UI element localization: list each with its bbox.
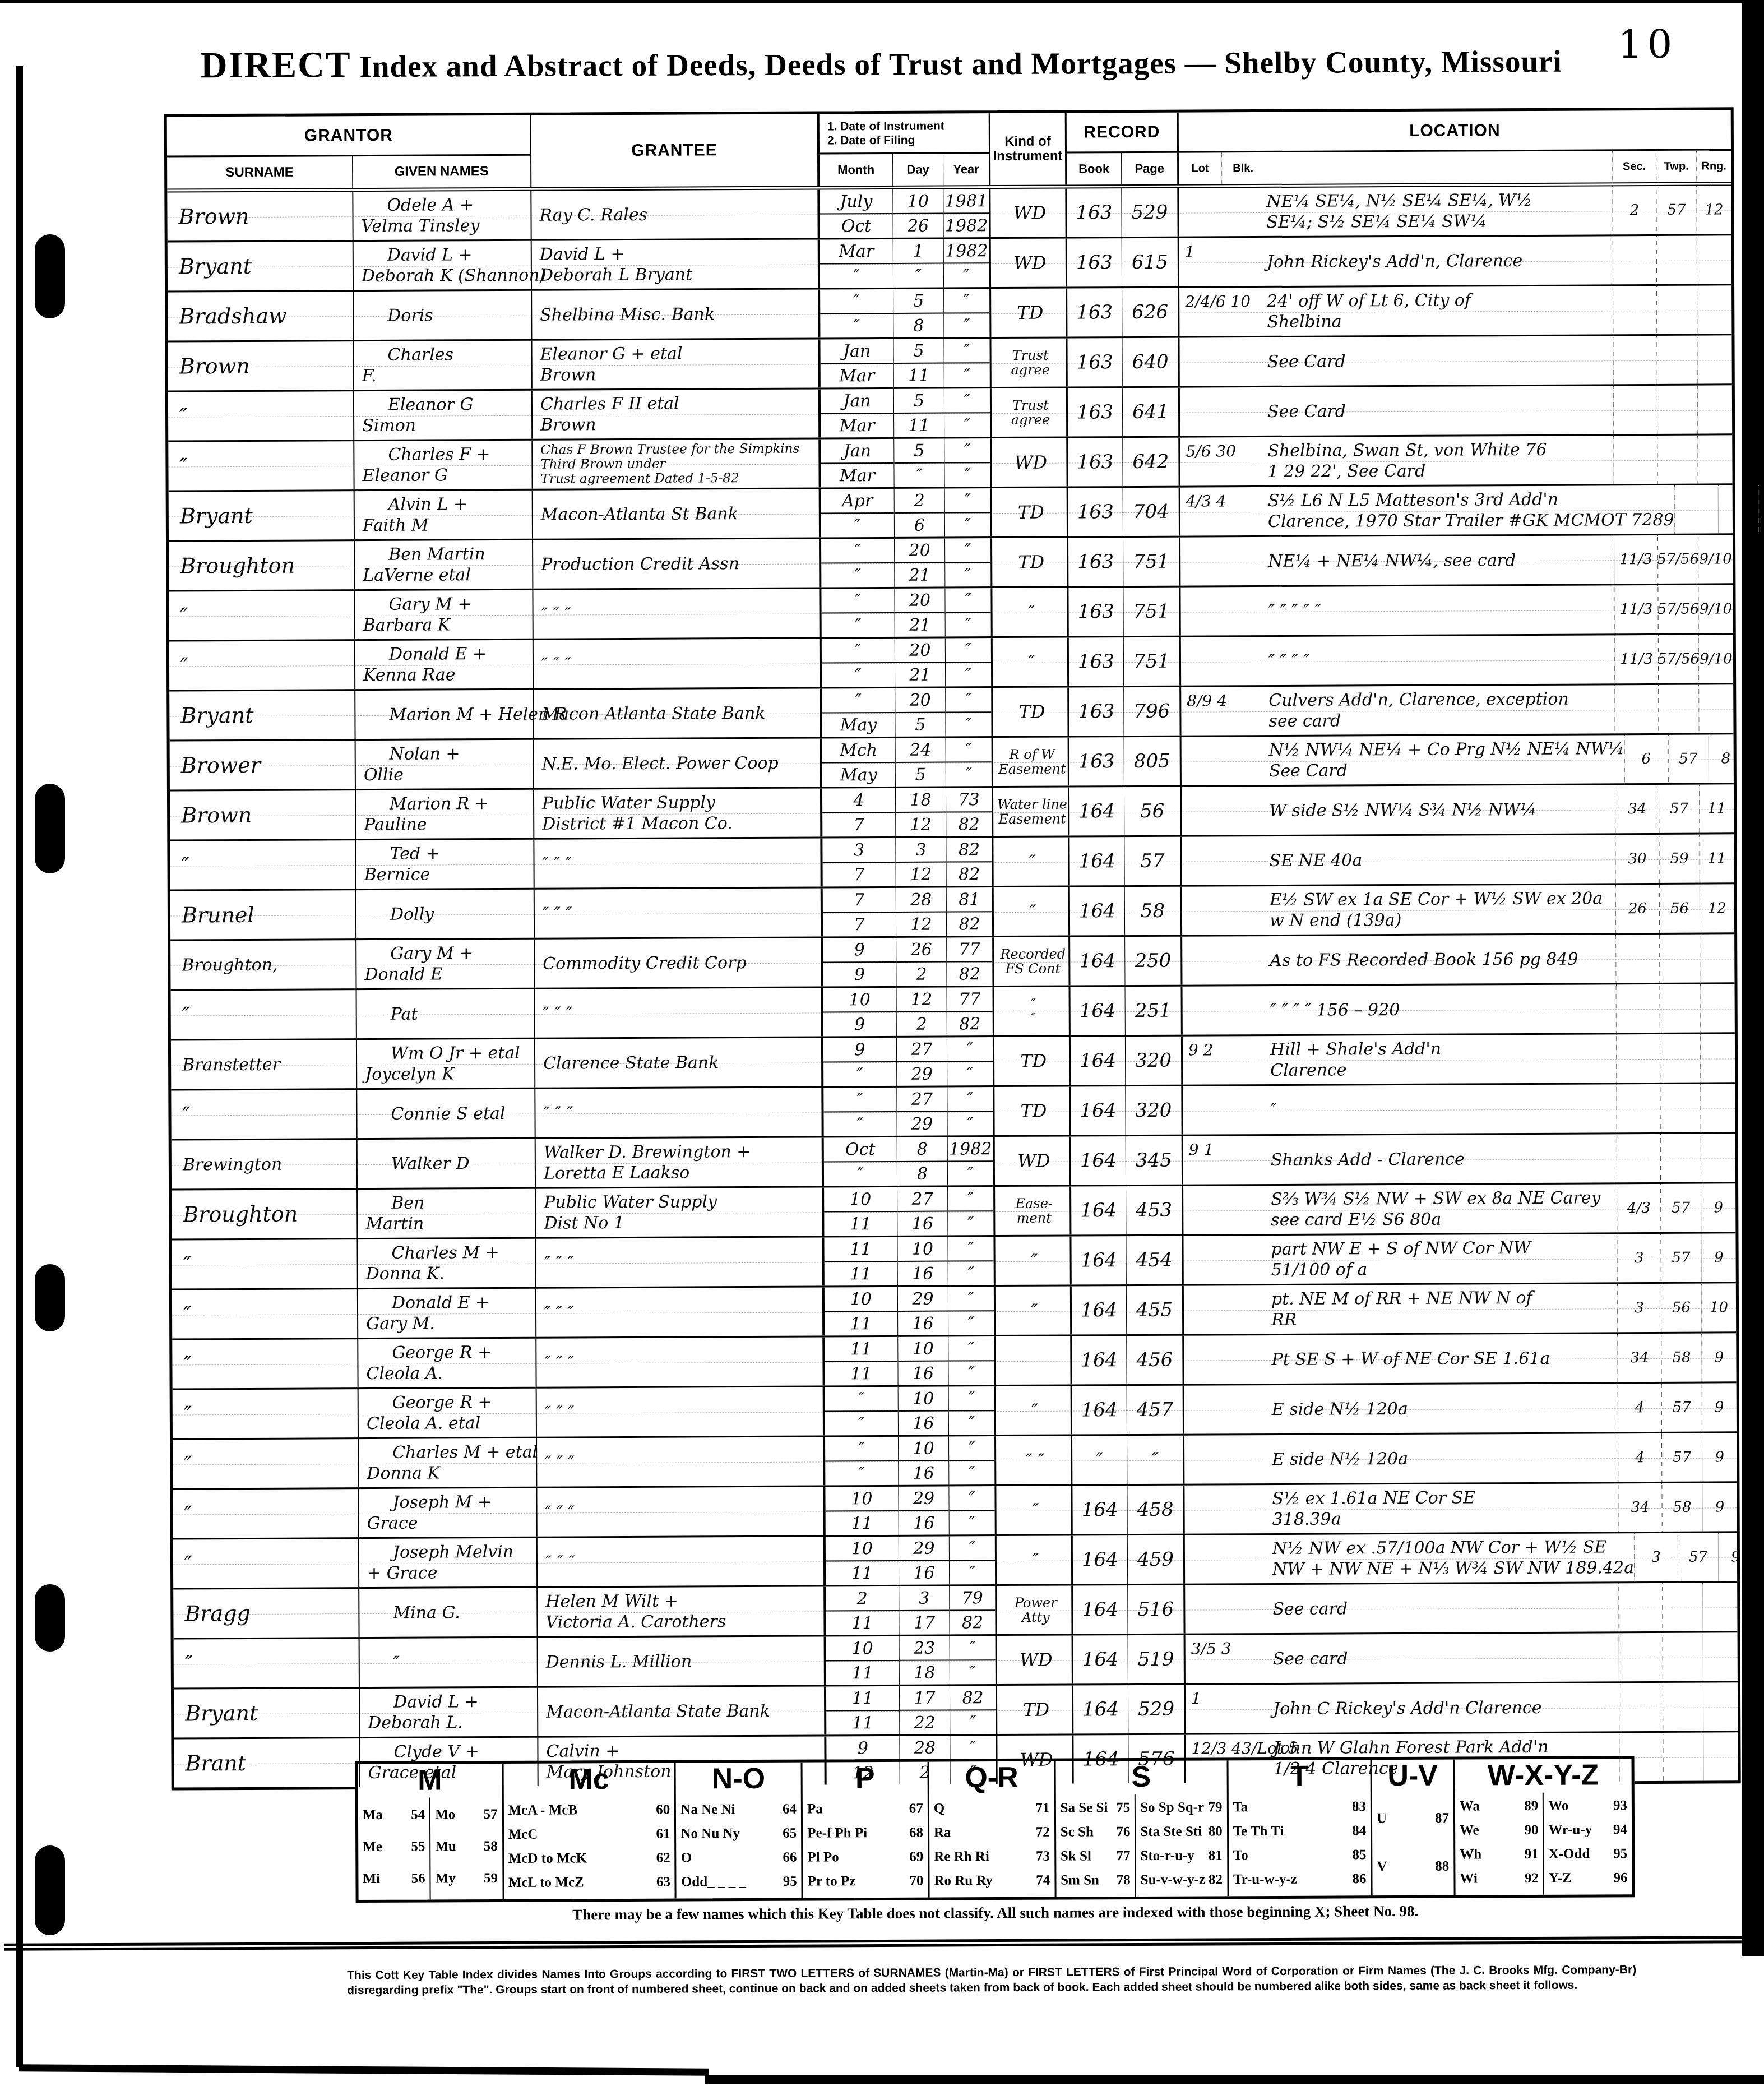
location-text: N½ NW ex .57/100a NW Cor + W½ SENW + NW … bbox=[1270, 1533, 1634, 1583]
key-table-entry-number: 78 bbox=[1113, 1872, 1131, 1888]
location-sec bbox=[1613, 386, 1657, 434]
cell-year: ″″ bbox=[949, 1536, 995, 1584]
text-line: WD bbox=[1020, 1749, 1053, 1770]
key-table-entry: Re Rh Ri73 bbox=[934, 1848, 1050, 1865]
key-table-entry-label: To bbox=[1233, 1848, 1248, 1863]
table-row: ″ Charles F +Eleanor G Chas F Brown Trus… bbox=[168, 435, 1732, 492]
key-table-entry-number: 70 bbox=[906, 1873, 923, 1889]
date-instrument-day: 20 bbox=[895, 639, 945, 663]
text-line: ″ ″ ″ bbox=[544, 1351, 822, 1373]
cell-day: 2812 bbox=[896, 887, 946, 936]
cell-surname: Bragg bbox=[173, 1589, 358, 1638]
date-filing-month: May bbox=[822, 763, 895, 787]
cell-kind-of-instrument: ″ bbox=[991, 638, 1067, 687]
header-date-instrument: 1. Date of Instrument bbox=[827, 119, 944, 133]
text-line: 1/2 4 Clarence bbox=[1274, 1757, 1619, 1779]
date-filing-year: ″ bbox=[947, 1062, 993, 1085]
cell-grantee: N.E. Mo. Elect. Power Coop bbox=[533, 738, 820, 788]
table-row: Brown Marion R +Pauline Public Water Sup… bbox=[170, 784, 1734, 841]
location-twp bbox=[1662, 1583, 1702, 1631]
location-lot-blk: 2/4/6 10 bbox=[1179, 288, 1265, 336]
cell-page: 457 bbox=[1127, 1386, 1183, 1434]
text-line: Kenna Rae bbox=[363, 664, 533, 686]
date-instrument-day: 28 bbox=[900, 1736, 950, 1760]
date-instrument-month: Oct bbox=[824, 1137, 897, 1163]
key-table-subcolumn: Wo93Wr-u-y94X-Odd95Y-Z96 bbox=[1543, 1792, 1632, 1895]
table-row: Broughton BenMartin Public Water SupplyD… bbox=[172, 1183, 1735, 1240]
location-text: NE¼ + NE¼ NW¼, see card bbox=[1266, 535, 1614, 585]
cell-grantee: Commodity Credit Corp bbox=[534, 938, 821, 987]
text-line: Trust bbox=[1012, 398, 1049, 413]
date-instrument-year: ″ bbox=[950, 1536, 995, 1561]
date-filing-day: 16 bbox=[899, 1511, 949, 1534]
cell-book: 164 bbox=[1071, 1386, 1127, 1434]
cell-page: 453 bbox=[1126, 1186, 1182, 1234]
key-table-subcolumn: Na Ne Ni64No Nu Ny65O66Odd_ _ _ _95 bbox=[676, 1796, 802, 1899]
key-table-entry: Wa89 bbox=[1460, 1798, 1539, 1814]
header-record: RECORD bbox=[1065, 113, 1177, 154]
cell-given-names: Eleanor GSimon bbox=[353, 391, 531, 440]
date-instrument-year: 1981 bbox=[943, 189, 989, 214]
text-line: Deborah L. bbox=[368, 1712, 537, 1733]
text-line: Easement bbox=[998, 812, 1066, 827]
location-twp: 58 bbox=[1661, 1334, 1701, 1382]
cell-month: ″May bbox=[820, 688, 895, 737]
cell-book: 164 bbox=[1068, 837, 1124, 885]
key-table-entry-number: 79 bbox=[1205, 1800, 1222, 1815]
key-table-entry: Me55 bbox=[363, 1839, 425, 1855]
location-sec: 26 bbox=[1615, 885, 1659, 933]
key-table-entry-label: U bbox=[1377, 1811, 1387, 1826]
key-table-entry-label: My bbox=[436, 1871, 456, 1887]
location-rng: 11 bbox=[1699, 834, 1734, 882]
location-text: N½ NW¼ NE¼ + Co Prg N½ NE¼ NW¼See Card bbox=[1267, 735, 1624, 785]
location-text: See Card bbox=[1265, 386, 1613, 436]
text-line: 24' off W of Lt 6, City of bbox=[1267, 289, 1613, 312]
header-sec: Sec. bbox=[1612, 151, 1656, 182]
cell-location: See Card bbox=[1178, 335, 1731, 386]
text-line: agree bbox=[1011, 413, 1050, 427]
cell-month: ″″ bbox=[821, 1088, 896, 1136]
date-filing-year: ″ bbox=[948, 1361, 994, 1385]
cell-day: 1812 bbox=[895, 788, 946, 836]
date-filing-year: 82 bbox=[950, 1611, 995, 1634]
cell-given-names: Charles M + etalDonna K bbox=[358, 1438, 536, 1487]
header-location-sub: Lot Blk. Sec. Twp. Rng. bbox=[1177, 150, 1731, 184]
cell-given-names: Wm O Jr + etalJoycelyn K bbox=[356, 1039, 534, 1088]
key-table-entry-label: Sm Sn bbox=[1061, 1872, 1099, 1888]
text-line: Shelbina, Swan St, von White 76 bbox=[1267, 439, 1613, 461]
location-text: ″ ″ ″ ″ bbox=[1266, 635, 1614, 685]
key-table-entry-label: Na Ne Ni bbox=[680, 1802, 735, 1817]
location-lot-blk bbox=[1180, 537, 1266, 586]
key-table-entry-number: 60 bbox=[652, 1802, 670, 1817]
key-table-entry-label: Ra bbox=[934, 1825, 951, 1840]
location-lot-blk: 9 1 bbox=[1183, 1136, 1268, 1185]
location-lot-blk bbox=[1181, 637, 1266, 686]
date-instrument-year: ″ bbox=[948, 1287, 994, 1311]
text-line: Macon Atlanta State Bank bbox=[541, 702, 820, 724]
key-table-entry-label: Wo bbox=[1548, 1798, 1568, 1814]
key-table-entry-label: Re Rh Ri bbox=[934, 1849, 989, 1865]
location-lot-blk bbox=[1184, 1485, 1270, 1534]
key-table-column-body: McA - McB60McC61McD to McK62McL to McZ63 bbox=[503, 1797, 675, 1899]
cell-page: 454 bbox=[1126, 1236, 1182, 1284]
cell-page: 704 bbox=[1123, 488, 1179, 536]
cell-day: 245 bbox=[895, 738, 946, 787]
cell-month: JanMar bbox=[818, 339, 893, 388]
date-filing-month: ″ bbox=[824, 1162, 897, 1186]
key-table-entry: Pr to Pz70 bbox=[808, 1873, 924, 1889]
text-line: Joseph Melvin bbox=[367, 1542, 536, 1563]
location-text: Pt SE S + W of NE Cor SE 1.61a bbox=[1269, 1334, 1617, 1384]
location-rng bbox=[1703, 1732, 1738, 1780]
cell-surname: ″ bbox=[172, 1239, 356, 1288]
key-table-entry-label: Sk Sl bbox=[1061, 1848, 1091, 1864]
cell-kind-of-instrument: WD bbox=[996, 1736, 1072, 1784]
location-sec: 34 bbox=[1618, 1483, 1661, 1532]
date-instrument-month: ″ bbox=[825, 1437, 898, 1462]
cell-location: NE¼ + NE¼ NW¼, see card 11/3 57/56 9/10 bbox=[1179, 535, 1733, 585]
text-line: Mina G. bbox=[367, 1602, 536, 1623]
date-filing-month: 11 bbox=[826, 1611, 899, 1635]
cell-location: ″ ″ ″ ″ 156 – 920 bbox=[1181, 984, 1735, 1034]
text-line: Water line bbox=[997, 797, 1067, 812]
cell-day: 282 bbox=[899, 1736, 950, 1784]
key-table-column-body: Q71Ra72Re Rh Ri73Ro Ru Ry74 bbox=[929, 1795, 1055, 1898]
table-row: ″ Eleanor GSimon Charles F II etalBrown … bbox=[168, 385, 1732, 442]
text-line: Eleanor G bbox=[362, 465, 531, 486]
location-text: John W Glahn Forest Park Add'n1/2 4 Clar… bbox=[1271, 1733, 1619, 1783]
text-line: ″ bbox=[1031, 1250, 1038, 1271]
cell-page: 751 bbox=[1123, 637, 1179, 686]
cell-page: 251 bbox=[1125, 987, 1181, 1035]
text-line: Hill + Shale's Add'n bbox=[1270, 1038, 1616, 1060]
cell-location: See card bbox=[1183, 1583, 1737, 1633]
location-lot-blk bbox=[1183, 1236, 1268, 1284]
text-line: John C Rickey's Add'n Clarence bbox=[1273, 1697, 1619, 1719]
key-table-entry-label: Wi bbox=[1460, 1871, 1478, 1886]
date-filing-month: 11 bbox=[825, 1362, 897, 1386]
date-filing-year: ″ bbox=[947, 1112, 993, 1135]
key-table-subcolumn: McA - McB60McC61McD to McK62McL to McZ63 bbox=[503, 1797, 675, 1899]
cell-given-names: Nolan +Ollie bbox=[355, 740, 533, 789]
date-instrument-day: 10 bbox=[893, 189, 943, 214]
key-table-entry-number: 63 bbox=[653, 1874, 670, 1890]
cell-day: 511 bbox=[893, 339, 943, 387]
date-filing-year: 82 bbox=[947, 862, 992, 886]
text-line: See card bbox=[1273, 1647, 1619, 1669]
table-row: ″ Charles M +Donna K. ″ ″ ″ 1111 1016 ″″… bbox=[172, 1233, 1735, 1290]
location-text: John C Rickey's Add'n Clarence bbox=[1271, 1683, 1619, 1733]
location-twp bbox=[1659, 935, 1700, 983]
text-line: W side S½ NW¼ S¾ N½ NW¼ bbox=[1269, 799, 1615, 821]
key-table-entry-label: McD to McK bbox=[508, 1851, 587, 1867]
cell-location: pt. NE M of RR + NE NW N ofRR 3 56 10 bbox=[1182, 1283, 1736, 1334]
date-instrument-year: ″ bbox=[947, 1037, 993, 1062]
cell-kind-of-instrument: ″ ″ bbox=[994, 1436, 1071, 1485]
text-line: Odele A + bbox=[361, 195, 530, 216]
date-instrument-year: ″ bbox=[944, 438, 990, 463]
date-filing-month: 11 bbox=[826, 1561, 899, 1585]
cell-month: 1011 bbox=[824, 1636, 899, 1685]
cell-location: 9 1 Shanks Add - Clarence bbox=[1182, 1134, 1735, 1184]
location-text: SE NE 40a bbox=[1267, 835, 1615, 885]
header-year: Year bbox=[943, 154, 989, 185]
location-text: E side N½ 120a bbox=[1270, 1433, 1618, 1483]
text-line: Deborah K (Shannon) bbox=[362, 265, 531, 286]
table-row: Branstetter Wm O Jr + etalJoycelyn K Cla… bbox=[171, 1034, 1735, 1090]
cell-page: 519 bbox=[1128, 1635, 1184, 1683]
date-instrument-month: Mch bbox=[822, 738, 895, 764]
date-instrument-day: 10 bbox=[899, 1436, 948, 1461]
cell-location: E side N½ 120a 4 57 9 bbox=[1183, 1383, 1737, 1433]
key-table-entry: U87 bbox=[1377, 1811, 1449, 1827]
text-line: Shelbina Misc. Bank bbox=[540, 303, 818, 325]
cell-book: 164 bbox=[1071, 1535, 1127, 1584]
date-filing-day: 12 bbox=[896, 813, 946, 836]
key-table-entry: Wi92 bbox=[1460, 1870, 1539, 1886]
cell-kind-of-instrument: TD bbox=[990, 538, 1067, 587]
header-book: Book bbox=[1065, 153, 1121, 184]
location-twp: 58 bbox=[1661, 1483, 1702, 1532]
header-twp: Twp. bbox=[1656, 151, 1696, 182]
key-table-entry-label: McL to McZ bbox=[508, 1875, 584, 1891]
key-table-entry-label: Sc Sh bbox=[1061, 1824, 1094, 1840]
location-sec: 6 bbox=[1624, 735, 1668, 783]
key-table-entry: Sta Ste Sti80 bbox=[1140, 1824, 1222, 1840]
date-instrument-month: July bbox=[820, 189, 892, 215]
key-table-entry-label: X-Odd bbox=[1549, 1846, 1590, 1862]
key-table-entry-label: Y-Z bbox=[1549, 1870, 1572, 1886]
location-text: Shelbina, Swan St, von White 761 29 22',… bbox=[1265, 436, 1613, 485]
cell-book: 164 bbox=[1069, 1236, 1126, 1284]
table-row: ″ Pat ″ ″ ″ 109 122 7782 ″″ 164 251 ″ ″ … bbox=[171, 984, 1735, 1040]
key-table-subcolumn: Q71Ra72Re Rh Ri73Ro Ru Ry74 bbox=[929, 1795, 1055, 1898]
date-instrument-day: 29 bbox=[898, 1287, 948, 1311]
date-filing-day: 8 bbox=[897, 1162, 947, 1185]
location-text: Hill + Shale's Add'nClarence bbox=[1268, 1034, 1616, 1084]
date-instrument-month: 10 bbox=[826, 1636, 899, 1662]
location-twp bbox=[1660, 1084, 1700, 1132]
cell-surname: Bryant bbox=[174, 1689, 359, 1737]
table-row: Broughton Ben MartinLaVerne etal Product… bbox=[169, 535, 1733, 591]
sheet: DIRECT Index and Abstract of Deeds, Deed… bbox=[0, 0, 1764, 2100]
key-table-entry-label: Pr to Pz bbox=[808, 1874, 856, 1889]
cell-book: 163 bbox=[1067, 538, 1123, 586]
text-line: WD bbox=[1013, 202, 1047, 223]
location-twp bbox=[1656, 336, 1697, 384]
text-line: ″ bbox=[1031, 1400, 1038, 1421]
header-dates: 1. Date of Instrument 2. Date of Filing bbox=[817, 113, 989, 154]
cell-kind-of-instrument: Trustagree bbox=[989, 339, 1066, 387]
cell-month: 9″ bbox=[821, 1038, 896, 1086]
key-table-column-body: Pa67Pe-f Ph Pi68Pl Po69Pr to Pz70 bbox=[803, 1796, 928, 1898]
cell-location: ″ ″ ″ ″ 11/3 57/56 9/10 bbox=[1179, 635, 1733, 685]
cell-surname: ″ bbox=[172, 1339, 357, 1388]
date-filing-year: ″ bbox=[950, 1511, 995, 1534]
key-table-entry: So Sp Sq-r79 bbox=[1140, 1800, 1222, 1816]
key-table-entry: My59 bbox=[436, 1871, 498, 1886]
cell-year: ″″ bbox=[945, 688, 991, 736]
key-table-entry-number: 64 bbox=[779, 1801, 797, 1817]
key-table-entry: Te Th Ti84 bbox=[1233, 1823, 1367, 1839]
table-row: Bryant Alvin L +Faith M Macon-Atlanta St… bbox=[169, 485, 1733, 542]
date-instrument-year: 77 bbox=[947, 937, 992, 962]
cell-page: 516 bbox=[1127, 1585, 1183, 1634]
text-line: David L + bbox=[368, 1691, 537, 1713]
location-twp bbox=[1657, 436, 1697, 484]
location-lot-blk bbox=[1179, 188, 1264, 237]
text-line: 318.39a bbox=[1272, 1507, 1618, 1530]
cell-day: 2021 bbox=[895, 639, 945, 687]
date-filing-month: 11 bbox=[825, 1262, 897, 1286]
cell-given-names: Marion R +Pauline bbox=[355, 790, 533, 839]
cell-surname: ″ bbox=[171, 1090, 356, 1139]
date-instrument-day: 27 bbox=[897, 1037, 947, 1062]
key-table-entry: Ro Ru Ry74 bbox=[934, 1872, 1050, 1889]
cell-book: 163 bbox=[1066, 438, 1122, 486]
location-text: See card bbox=[1271, 1633, 1619, 1683]
text-line: Ben bbox=[365, 1192, 535, 1214]
date-instrument-day: 5 bbox=[894, 389, 944, 414]
text-line: ″ ″ ″ bbox=[541, 603, 820, 625]
cell-location: 2/4/6 10 24' off W of Lt 6, City ofShelb… bbox=[1178, 285, 1731, 336]
date-filing-year: ″ bbox=[944, 313, 989, 337]
date-filing-year: ″ bbox=[948, 1211, 993, 1235]
date-filing-day: 21 bbox=[895, 663, 945, 687]
table-row: Bryant David L +Deborah K (Shannon) Davi… bbox=[168, 235, 1731, 292]
location-rng bbox=[1700, 984, 1735, 1032]
key-table-entry-number: 81 bbox=[1205, 1848, 1223, 1863]
key-table-entry-label: So Sp Sq-r bbox=[1140, 1800, 1204, 1815]
date-filing-month: 12 bbox=[827, 1761, 900, 1785]
cell-year: 1982″ bbox=[947, 1137, 993, 1185]
text-line: Shanks Add - Clarence bbox=[1271, 1148, 1617, 1171]
cell-surname: ″ bbox=[173, 1489, 358, 1538]
table-row: ″ ″ Dennis L. Million 1011 2318 ″″ WD 16… bbox=[174, 1632, 1738, 1689]
cell-given-names: Charles F +Eleanor G bbox=[353, 441, 531, 489]
date-filing-month: ″ bbox=[822, 613, 895, 637]
cell-day: 1″ bbox=[893, 239, 943, 288]
cell-month: JanMar bbox=[818, 389, 893, 438]
text-line: Culvers Add'n, Clarence, exception bbox=[1268, 688, 1614, 711]
date-instrument-year: ″ bbox=[944, 289, 989, 313]
location-sec bbox=[1613, 336, 1656, 384]
location-sec bbox=[1617, 1134, 1660, 1182]
text-line: ″ bbox=[1031, 1011, 1036, 1026]
date-instrument-day: 24 bbox=[896, 738, 946, 763]
text-line: Victoria A. Carothers bbox=[545, 1611, 823, 1632]
date-filing-day: 16 bbox=[897, 1211, 947, 1235]
table-row: ″ Donald E +Gary M. ″ ″ ″ 1011 2916 ″″ ″… bbox=[172, 1283, 1736, 1340]
date-instrument-year: ″ bbox=[949, 1436, 994, 1461]
text-line: Recorded bbox=[1000, 947, 1066, 962]
date-instrument-day: 10 bbox=[899, 1386, 948, 1411]
date-instrument-month: 10 bbox=[825, 1287, 897, 1312]
cell-given-names: Charles M +Donna K. bbox=[356, 1239, 535, 1288]
header-month: Month bbox=[817, 154, 892, 186]
cell-kind-of-instrument: TD bbox=[989, 289, 1066, 337]
cell-day: 2916 bbox=[899, 1536, 949, 1584]
cell-year: ″″ bbox=[948, 1386, 994, 1435]
key-table-entry: Mo57 bbox=[435, 1807, 497, 1823]
date-filing-month: ″ bbox=[822, 663, 895, 687]
location-sec: 3 bbox=[1634, 1533, 1678, 1581]
key-table-entry-number: 85 bbox=[1349, 1847, 1366, 1863]
header-grantee: GRANTEE bbox=[530, 114, 818, 187]
cell-given-names: Marion M + Helen R bbox=[354, 690, 533, 739]
date-filing-day: 16 bbox=[899, 1461, 948, 1484]
key-table-subcolumn: Sa Se Si75Sc Sh76Sk Sl77Sm Sn78 bbox=[1055, 1794, 1135, 1897]
date-instrument-year: ″ bbox=[945, 588, 990, 613]
key-table-entry: McD to McK62 bbox=[508, 1850, 670, 1866]
date-filing-year: ″ bbox=[946, 762, 992, 786]
cell-page: 455 bbox=[1126, 1286, 1182, 1334]
location-twp: 57/56 bbox=[1658, 635, 1698, 683]
location-rng bbox=[1697, 285, 1731, 334]
cell-given-names: George R +Cleola A. etal bbox=[358, 1389, 536, 1437]
location-sec bbox=[1619, 1683, 1663, 1731]
key-table-entry-label: Tr-u-w-y-z bbox=[1233, 1871, 1297, 1887]
cell-given-names: BenMartin bbox=[356, 1189, 535, 1238]
text-line: Pat bbox=[365, 1003, 534, 1024]
header-page: Page bbox=[1121, 153, 1177, 184]
cell-grantee: Macon-Atlanta St Bank bbox=[532, 489, 819, 538]
cell-surname: ″ bbox=[168, 391, 353, 440]
key-table-entry-label: Sta Ste Sti bbox=[1140, 1824, 1202, 1839]
cell-kind-of-instrument: PowerAtty bbox=[995, 1586, 1071, 1635]
key-table-entry-number: 61 bbox=[652, 1826, 670, 1842]
date-instrument-month: 7 bbox=[823, 888, 896, 913]
text-line: George R + bbox=[366, 1342, 535, 1363]
location-twp: 56 bbox=[1659, 885, 1700, 933]
location-sec bbox=[1613, 436, 1657, 484]
header-surname: SURNAME bbox=[167, 156, 352, 188]
date-instrument-month: 11 bbox=[824, 1237, 897, 1262]
cell-given-names: Doris bbox=[353, 291, 531, 340]
text-line: E side N½ 120a bbox=[1272, 1447, 1618, 1470]
text-line: S½ L6 N L5 Matteson's 3rd Add'n bbox=[1268, 489, 1674, 511]
cell-location: 3/5 3 See card bbox=[1184, 1632, 1738, 1683]
cell-month: 1011 bbox=[823, 1537, 899, 1585]
location-twp bbox=[1656, 236, 1697, 284]
date-instrument-day: 27 bbox=[897, 1187, 947, 1211]
location-sec bbox=[1613, 236, 1656, 284]
cell-day: 205 bbox=[895, 688, 945, 737]
double-rule bbox=[4, 1936, 1764, 1951]
key-table-subcolumn: Ma54Me55Mi56 bbox=[358, 1798, 430, 1900]
text-line: Bernice bbox=[364, 864, 534, 885]
text-line: David L + bbox=[362, 244, 531, 266]
cell-month: Apr″ bbox=[819, 489, 894, 538]
cell-location: N½ NW¼ NE¼ + Co Prg N½ NE¼ NW¼See Card 6… bbox=[1180, 734, 1734, 785]
location-text: As to FS Recorded Book 156 pg 849 bbox=[1267, 935, 1615, 984]
cell-surname: Bradshaw bbox=[168, 292, 353, 340]
date-filing-month: May bbox=[822, 713, 895, 737]
cell-book: 164 bbox=[1069, 1186, 1126, 1234]
date-filing-year: ″ bbox=[948, 1261, 994, 1285]
date-filing-month: ″ bbox=[821, 514, 894, 538]
cell-book: 163 bbox=[1065, 188, 1121, 237]
location-rng bbox=[1697, 435, 1732, 483]
date-instrument-year: ″ bbox=[946, 688, 991, 713]
cell-day: 2021 bbox=[894, 589, 944, 637]
cell-surname: ″ bbox=[173, 1539, 358, 1588]
cell-grantee: ″ ″ ″ bbox=[532, 589, 819, 638]
location-sec: 11/3 bbox=[1614, 635, 1658, 683]
date-instrument-year: ″ bbox=[946, 738, 992, 762]
